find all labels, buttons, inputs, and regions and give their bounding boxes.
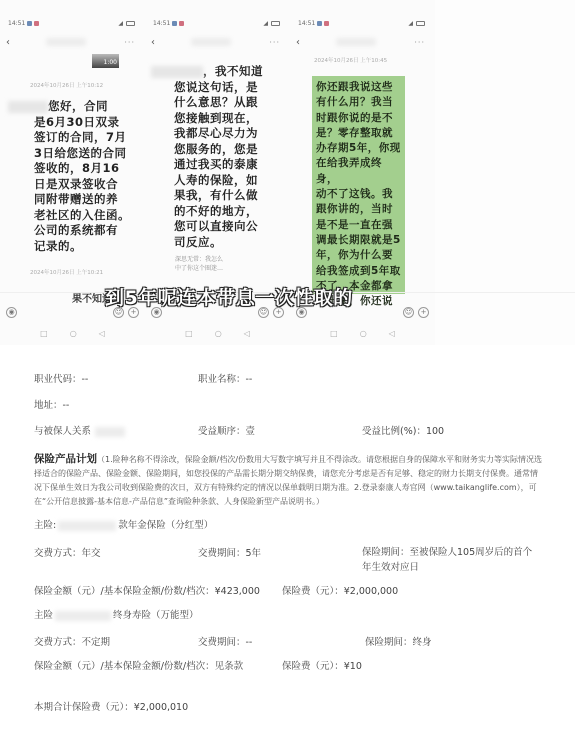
plan-notice: 保险产品计划（1.险种名称不得涂改，保险金额/档次/份数用大写数字填写并且不得涂… bbox=[34, 452, 544, 509]
video-message-thumbnail[interactable]: 1:00 bbox=[92, 54, 119, 68]
total-premium: 本期合计保险费（元）：¥2,000,010 bbox=[34, 699, 188, 713]
contact-name-redacted bbox=[191, 38, 231, 46]
blank-area bbox=[435, 0, 575, 345]
chat-header: ‹ ··· bbox=[6, 36, 135, 48]
premium: 保险费（元）：¥2,000,000 bbox=[282, 583, 398, 597]
signal-icon: ◢ bbox=[263, 20, 268, 27]
address: 地址：-- bbox=[34, 397, 69, 411]
occupation-name: 职业名称：-- bbox=[198, 371, 252, 385]
status-bar: 14:51 ◢ bbox=[153, 18, 280, 28]
payment-period: 交费期间：5年 bbox=[198, 545, 261, 559]
app-notification-icon bbox=[317, 21, 322, 26]
more-options-icon[interactable]: ··· bbox=[269, 38, 280, 47]
redacted-value bbox=[58, 521, 116, 531]
premium: 保险费（元）：¥10 bbox=[282, 658, 362, 672]
recents-icon[interactable]: □ bbox=[40, 329, 48, 339]
plus-icon[interactable]: + bbox=[418, 307, 429, 318]
payment-method: 交费方式：年交 bbox=[34, 545, 101, 559]
app-notification-icon bbox=[179, 21, 184, 26]
message-timestamp: 2024年10月26日 上午10:21 bbox=[30, 268, 103, 276]
voice-toggle-icon[interactable]: ◉ bbox=[6, 307, 17, 318]
app-notification-icon bbox=[172, 21, 177, 26]
back-icon[interactable]: ◁ bbox=[389, 329, 395, 339]
status-bar: 14:51 ◢ bbox=[298, 18, 425, 28]
back-arrow-icon[interactable]: ‹ bbox=[296, 37, 300, 48]
contact-name-redacted bbox=[46, 38, 86, 46]
redacted-value bbox=[95, 427, 125, 437]
battery-icon bbox=[271, 21, 280, 26]
more-options-icon[interactable]: ··· bbox=[414, 38, 425, 47]
occupation-code: 职业代码：-- bbox=[34, 371, 88, 385]
status-time: 14:51 bbox=[153, 20, 170, 27]
home-icon[interactable]: ○ bbox=[360, 329, 367, 339]
coverage-period: 保险期间：至被保险人105周岁后的首个年生效对应日 bbox=[362, 545, 532, 575]
chat-message: ，我不知道 您说这句话，是 什么意思？从跟 您接触到现在， 我都尽心尽力为 您服… bbox=[151, 64, 287, 250]
main-product-1: 主险:款年金保险（分红型） bbox=[34, 517, 213, 531]
payment-method: 交费方式：不定期 bbox=[34, 634, 110, 648]
name-redacted bbox=[8, 101, 48, 113]
chat-message-sent: 你还跟我说这些 有什么用？我当 时跟你说的是不 是？零存整取就 办存期5年，你现… bbox=[312, 76, 405, 294]
chat-header: ‹ ··· bbox=[151, 36, 280, 48]
back-arrow-icon[interactable]: ‹ bbox=[151, 37, 155, 48]
insurance-policy-document: 职业代码：-- 职业名称：-- 地址：-- 与被保人关系 受益顺序：壹 受益比例… bbox=[0, 345, 575, 731]
status-time: 14:51 bbox=[298, 20, 315, 27]
system-nav-bar: □ ○ ◁ bbox=[145, 329, 290, 339]
chat-message: 您好，合同 是6月30日双录 签订的合同，7月 3日给您送的合同 签收的，8月1… bbox=[8, 99, 143, 254]
battery-icon bbox=[126, 21, 135, 26]
redacted-value bbox=[55, 611, 111, 621]
coverage-period: 保险期间：终身 bbox=[365, 634, 432, 648]
battery-icon bbox=[416, 21, 425, 26]
sum-insured: 保险金额（元）/基本保险金额/份数/档次：¥423,000 bbox=[34, 583, 260, 597]
main-product-2: 主险终身寿险（万能型） bbox=[34, 607, 199, 621]
relation-to-insured: 与被保人关系 bbox=[34, 423, 125, 437]
message-timestamp: 2024年10月26日 上午10:12 bbox=[30, 81, 103, 89]
app-notification-icon bbox=[27, 21, 32, 26]
video-subtitle: 到5年呢连本带息一次性取的 bbox=[105, 283, 353, 310]
name-redacted bbox=[151, 66, 203, 78]
system-nav-bar: □ ○ ◁ bbox=[0, 329, 145, 339]
app-notification-icon bbox=[34, 21, 39, 26]
back-arrow-icon[interactable]: ‹ bbox=[6, 37, 10, 48]
quoted-reply: 深思无常：我怎么 中了你这个圈迷… bbox=[175, 255, 223, 273]
beneficiary-order: 受益顺序：壹 bbox=[198, 423, 255, 437]
more-options-icon[interactable]: ··· bbox=[124, 38, 135, 47]
section-title-product-plan: 保险产品计划 bbox=[34, 453, 97, 465]
chat-screenshots-strip: 14:51 ◢ ‹ ··· 1:00 2024年10月26日 上午10:12 您… bbox=[0, 0, 575, 345]
payment-period: 交费期间：-- bbox=[198, 634, 252, 648]
signal-icon: ◢ bbox=[408, 20, 413, 27]
emoji-icon[interactable]: ☺ bbox=[403, 307, 414, 318]
back-icon[interactable]: ◁ bbox=[244, 329, 250, 339]
message-timestamp: 2024年10月26日 上午10:45 bbox=[314, 56, 387, 64]
contact-name-redacted bbox=[336, 38, 376, 46]
status-time: 14:51 bbox=[8, 20, 25, 27]
beneficiary-ratio: 受益比例(%)：100 bbox=[362, 423, 444, 437]
signal-icon: ◢ bbox=[118, 20, 123, 27]
home-icon[interactable]: ○ bbox=[70, 329, 77, 339]
status-bar: 14:51 ◢ bbox=[8, 18, 135, 28]
home-icon[interactable]: ○ bbox=[215, 329, 222, 339]
recents-icon[interactable]: □ bbox=[330, 329, 338, 339]
app-notification-icon bbox=[324, 21, 329, 26]
system-nav-bar: □ ○ ◁ bbox=[290, 329, 435, 339]
recents-icon[interactable]: □ bbox=[185, 329, 193, 339]
back-icon[interactable]: ◁ bbox=[99, 329, 105, 339]
sum-insured: 保险金额（元）/基本保险金额/份数/档次：见条款 bbox=[34, 658, 243, 672]
chat-header: ‹ ··· bbox=[296, 36, 425, 48]
